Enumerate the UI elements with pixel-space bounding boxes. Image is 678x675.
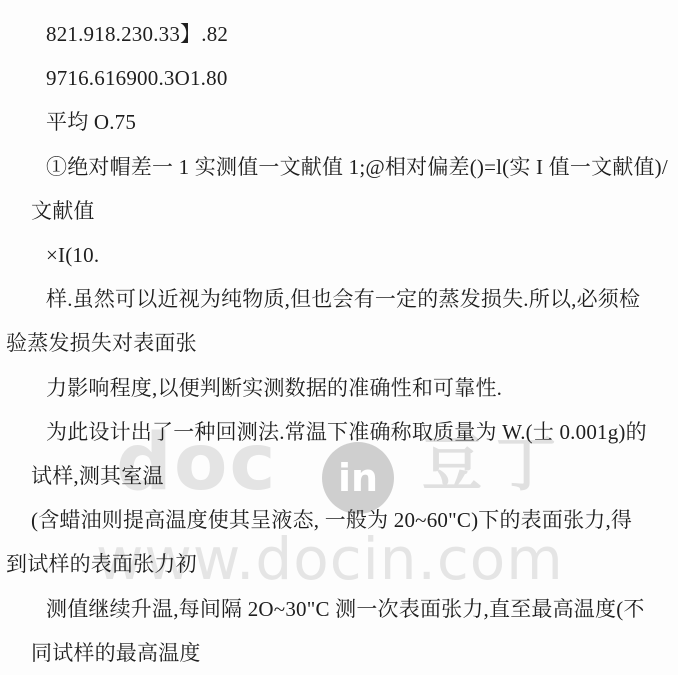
- text-line: 为此设计出了一种回测法.常温下准确称取质量为 W.(士 0.001g)的: [0, 410, 678, 454]
- text-line: 文献值: [0, 189, 678, 233]
- text-line: 验蒸发损失对表面张: [0, 321, 678, 365]
- document-page: doc in 豆丁 www.docin.com 821.918.230.33】.…: [0, 0, 678, 675]
- text-line: 测值继续升温,每间隔 2O~30"C 测一次表面张力,直至最高温度(不: [0, 587, 678, 631]
- text-line: 平均 O.75: [0, 100, 678, 144]
- text-line: 9716.616900.3O1.80: [0, 56, 678, 100]
- text-line: 到试样的表面张力初: [0, 542, 678, 586]
- text-line: ①绝对帽差一 1 实测值一文献值 1;@相对偏差()=l(实 I 值一文献值)/: [0, 145, 678, 189]
- text-line: 样.虽然可以近视为纯物质,但也会有一定的蒸发损失.所以,必须检: [0, 277, 678, 321]
- text-line: 试样,测其室温: [0, 454, 678, 498]
- text-line: 同试样的最高温度: [0, 631, 678, 675]
- text-line: (含蜡油则提高温度使其呈液态, 一般为 20~60"C)下的表面张力,得: [0, 498, 678, 542]
- text-line: 力影响程度,以便判断实测数据的准确性和可靠性.: [0, 366, 678, 410]
- text-line: ×I(10.: [0, 233, 678, 277]
- document-text: 821.918.230.33】.829716.616900.3O1.80平均 O…: [0, 0, 678, 675]
- text-line: 821.918.230.33】.82: [0, 12, 678, 56]
